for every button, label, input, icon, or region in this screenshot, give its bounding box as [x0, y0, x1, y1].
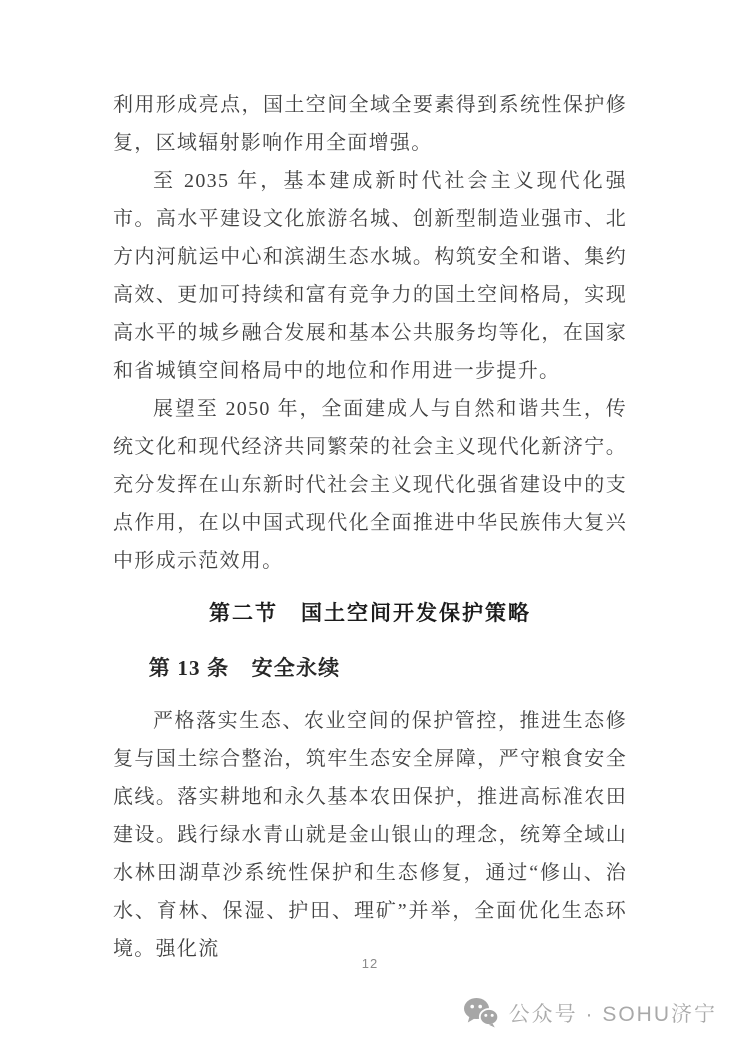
- watermark-label: 公众号 · SOHU济宁: [509, 998, 717, 1028]
- body-paragraph-article-13: 严格落实生态、农业空间的保护管控，推进生态修复与国土综合整治，筑牢生态安全屏障，…: [113, 702, 627, 968]
- document-page: 利用形成亮点，国土空间全域全要素得到系统性保护修复，区域辐射影响作用全面增强。 …: [0, 0, 740, 1047]
- document-body: 利用形成亮点，国土空间全域全要素得到系统性保护修复，区域辐射影响作用全面增强。 …: [113, 86, 627, 968]
- section-heading: 第二节 国土空间开发保护策略: [113, 595, 627, 633]
- body-paragraph-2035-goal: 至 2035 年，基本建成新时代社会主义现代化强市。高水平建设文化旅游名城、创新…: [113, 162, 627, 390]
- wechat-watermark: 公众号 · SOHU济宁: [463, 997, 717, 1028]
- page-number: 12: [0, 956, 740, 971]
- body-paragraph-2050-outlook: 展望至 2050 年，全面建成人与自然和谐共生，传统文化和现代经济共同繁荣的社会…: [113, 390, 627, 580]
- body-paragraph-continuation: 利用形成亮点，国土空间全域全要素得到系统性保护修复，区域辐射影响作用全面增强。: [113, 86, 627, 162]
- scanned-document-screenshot: { "content": { "paragraph_1": "利用形成亮点，国土…: [0, 0, 740, 1047]
- article-13-heading: 第 13 条 安全永续: [113, 649, 627, 687]
- wechat-icon: [463, 997, 499, 1028]
